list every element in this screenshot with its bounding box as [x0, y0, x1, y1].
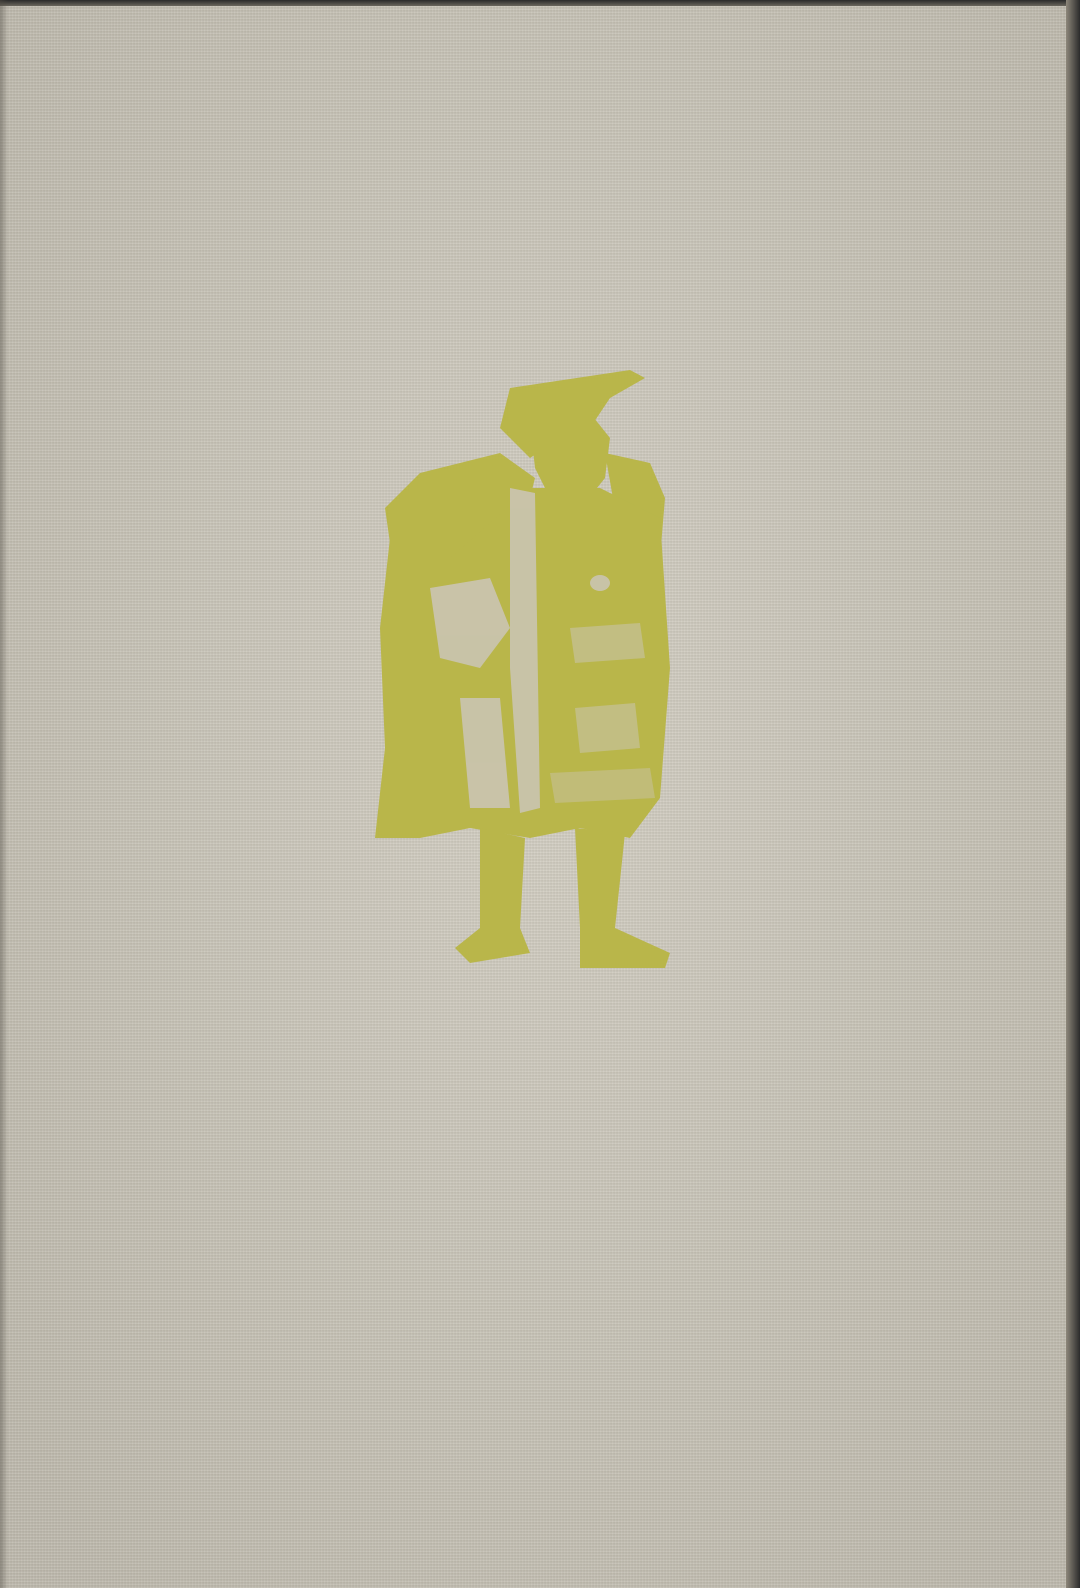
cover-right-edge: [1066, 0, 1080, 1588]
book-cover: [0, 0, 1080, 1588]
cover-spine-shadow: [0, 0, 8, 1588]
king-figure-emblem-icon: [360, 368, 690, 978]
cover-top-edge: [0, 0, 1080, 6]
